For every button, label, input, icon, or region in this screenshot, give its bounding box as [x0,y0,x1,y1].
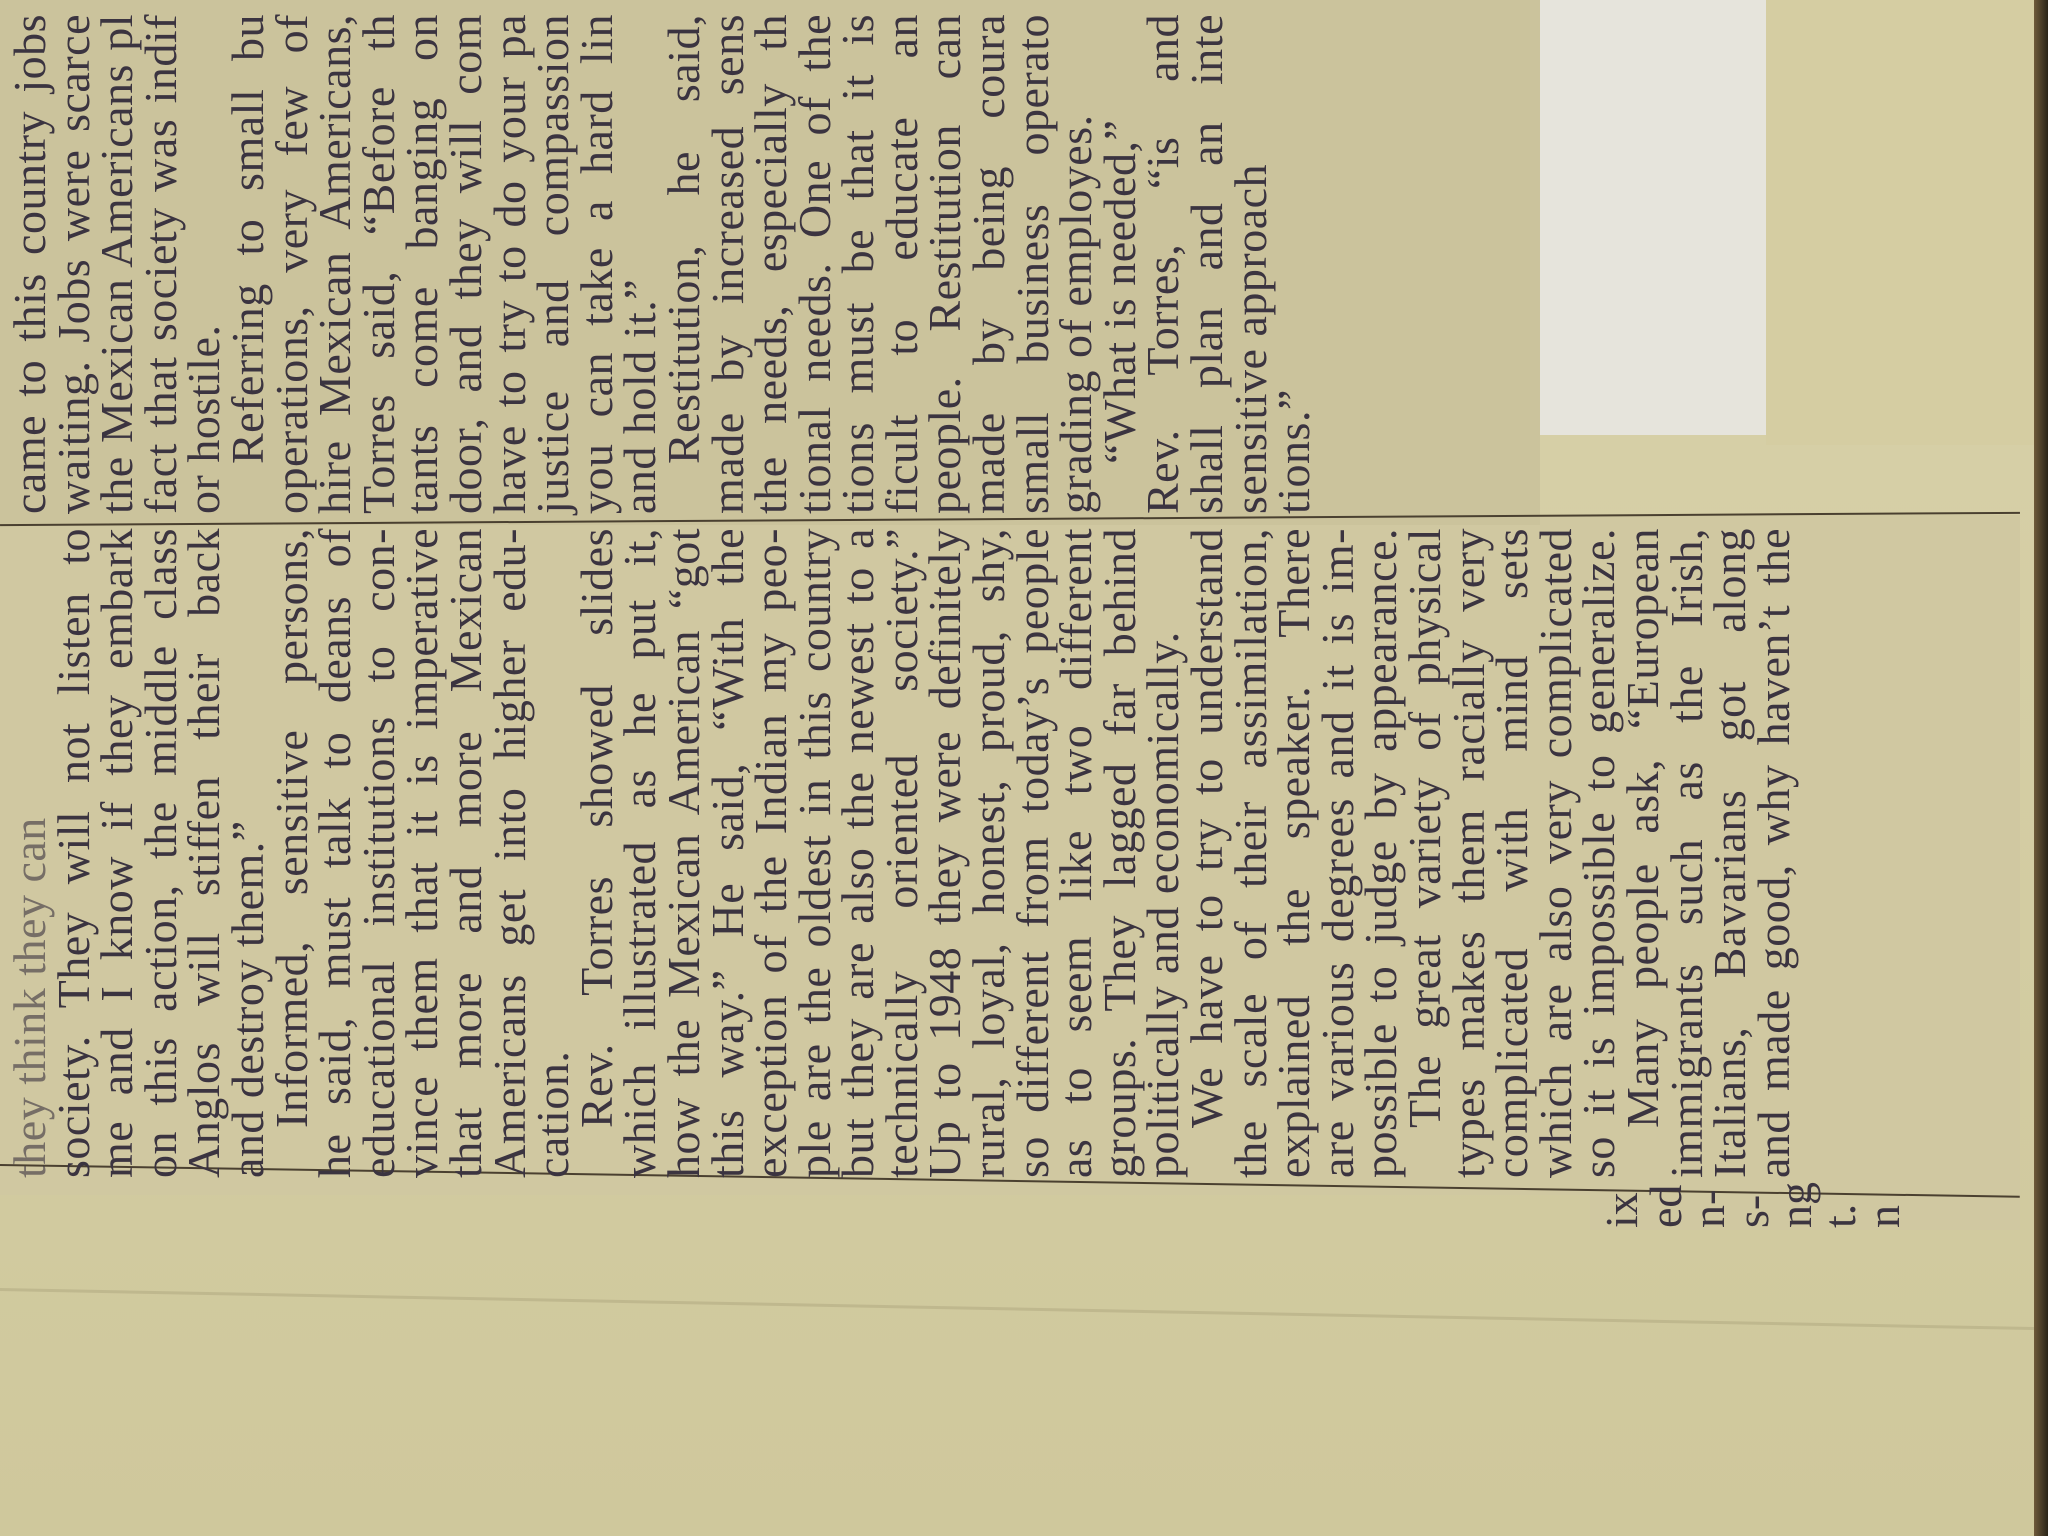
text-line: the Mexican Americans pl [95,14,139,514]
text-line: on this action, the middle class [139,528,183,1178]
text-line: and hold it.” [618,14,662,514]
text-line: this way.” He said, “With the [706,528,750,1178]
text-line: “What is needed,” [1098,14,1142,514]
text-line: he said, must talk to deans of [313,528,357,1178]
text-line: possible to judge by appearance. [1359,528,1403,1178]
text-line: Restitution, he said, [662,14,706,514]
text-line: you can take a hard lin [575,14,619,514]
text-line: Referring to small bu [226,14,270,514]
text-line: people. Restitution can [923,14,967,514]
text-line: cation. [531,528,575,1178]
text-line: The great variety of physical [1403,528,1447,1178]
text-line: Italians, Bavarians got along [1708,528,1752,1178]
text-line: they think they can [8,528,52,1178]
text-line: types makes them racially very [1447,528,1491,1178]
text-line: tants come banging on [400,14,444,514]
adjacent-column-fragments: ix ed n- s- ng t. n [1600,1148,1905,1228]
text-line: so different from today’s people [1011,528,1055,1178]
text-line: door, and they will com [444,14,488,514]
backing-card [1766,0,2034,445]
text-line: which illustrated as he put it, [618,528,662,1178]
text-line: rural, loyal, honest, proud, shy, [967,528,1011,1178]
text-line: that more and more Mexican [444,528,488,1178]
text-line: ficult to educate an [880,14,924,514]
text-line: politically and economically. [1141,528,1185,1178]
text-line: so it is impossible to generalize. [1577,528,1621,1178]
text-line: made by being coura [967,14,1011,514]
text-fragment: t. [1818,1148,1862,1228]
text-line: made by increased sens [706,14,750,514]
text-line: Torres said, “Before th [357,14,401,514]
text-line: Rev. Torres showed slides [575,528,619,1178]
text-line: but they are also the newest to a [836,528,880,1178]
text-line: Anglos will stiffen their back [182,528,226,1178]
text-line: complicated with mind sets [1490,528,1534,1178]
text-line: operations, very few of [270,14,314,514]
text-line: or hostile. [182,14,226,514]
text-line: Up to 1948 they were definitely [923,528,967,1178]
text-line: Rev. Torres, “is and [1141,14,1185,514]
text-line: tions must be that it is [836,14,880,514]
text-line: as to seem like two different [1054,528,1098,1178]
text-line: came to this country jobs [8,14,52,514]
text-line: and destroy them.” [226,528,270,1178]
text-fragment: ix [1600,1148,1644,1228]
text-line: fact that society was indif [139,14,183,514]
lower-text-column: they think they can society. They will n… [8,528,1795,1178]
text-line: society. They will not listen to [52,528,96,1178]
upper-text-column: came to this country jobs waiting. Jobs … [8,14,1316,514]
text-line: tional needs. One of the [793,14,837,514]
text-line: explained the speaker. There [1272,528,1316,1178]
text-line: technically oriented society.” [880,528,924,1178]
text-line: Americans get into higher edu- [488,528,532,1178]
text-line: justice and compassion [531,14,575,514]
text-line: waiting. Jobs were scarce [52,14,96,514]
text-line: have to try to do your pa [488,14,532,514]
dark-edge [2034,0,2048,1536]
text-fragment: ng [1774,1148,1818,1228]
text-line: me and I know if they embark [95,528,139,1178]
text-line: educational institutions to con- [357,528,401,1178]
text-line: exception of the Indian my peo- [749,528,793,1178]
text-line: the scale of their assimilation, [1229,528,1273,1178]
text-fragment: n [1862,1148,1906,1228]
text-line: ple are the oldest in this country [793,528,837,1178]
text-line: are various degrees and it is im- [1316,528,1360,1178]
text-fragment: ed [1644,1148,1688,1228]
text-fragment: n- [1687,1148,1731,1228]
text-line: tions.” [1272,14,1316,514]
text-line: shall plan and an inte [1185,14,1229,514]
text-line: and made good, why haven’t the [1752,528,1796,1178]
text-line: Many people ask, “European [1621,528,1665,1178]
text-line: grading of employes. [1054,14,1098,514]
text-line: immigrants such as the Irish, [1665,528,1709,1178]
text-line: vince them that it is imperative [400,528,444,1178]
text-fragment: s- [1731,1148,1775,1228]
text-line: Informed, sensitive persons, [270,528,314,1178]
text-line: small business operato [1011,14,1055,514]
text-line: hire Mexican Americans, [313,14,357,514]
text-line: which are also very complicated [1534,528,1578,1178]
text-line: how the Mexican American “got [662,528,706,1178]
text-line: sensitive approach [1229,14,1273,514]
text-line: groups. They lagged far behind [1098,528,1142,1178]
text-line: the needs, especially th [749,14,793,514]
text-line: We have to try to understand [1185,528,1229,1178]
